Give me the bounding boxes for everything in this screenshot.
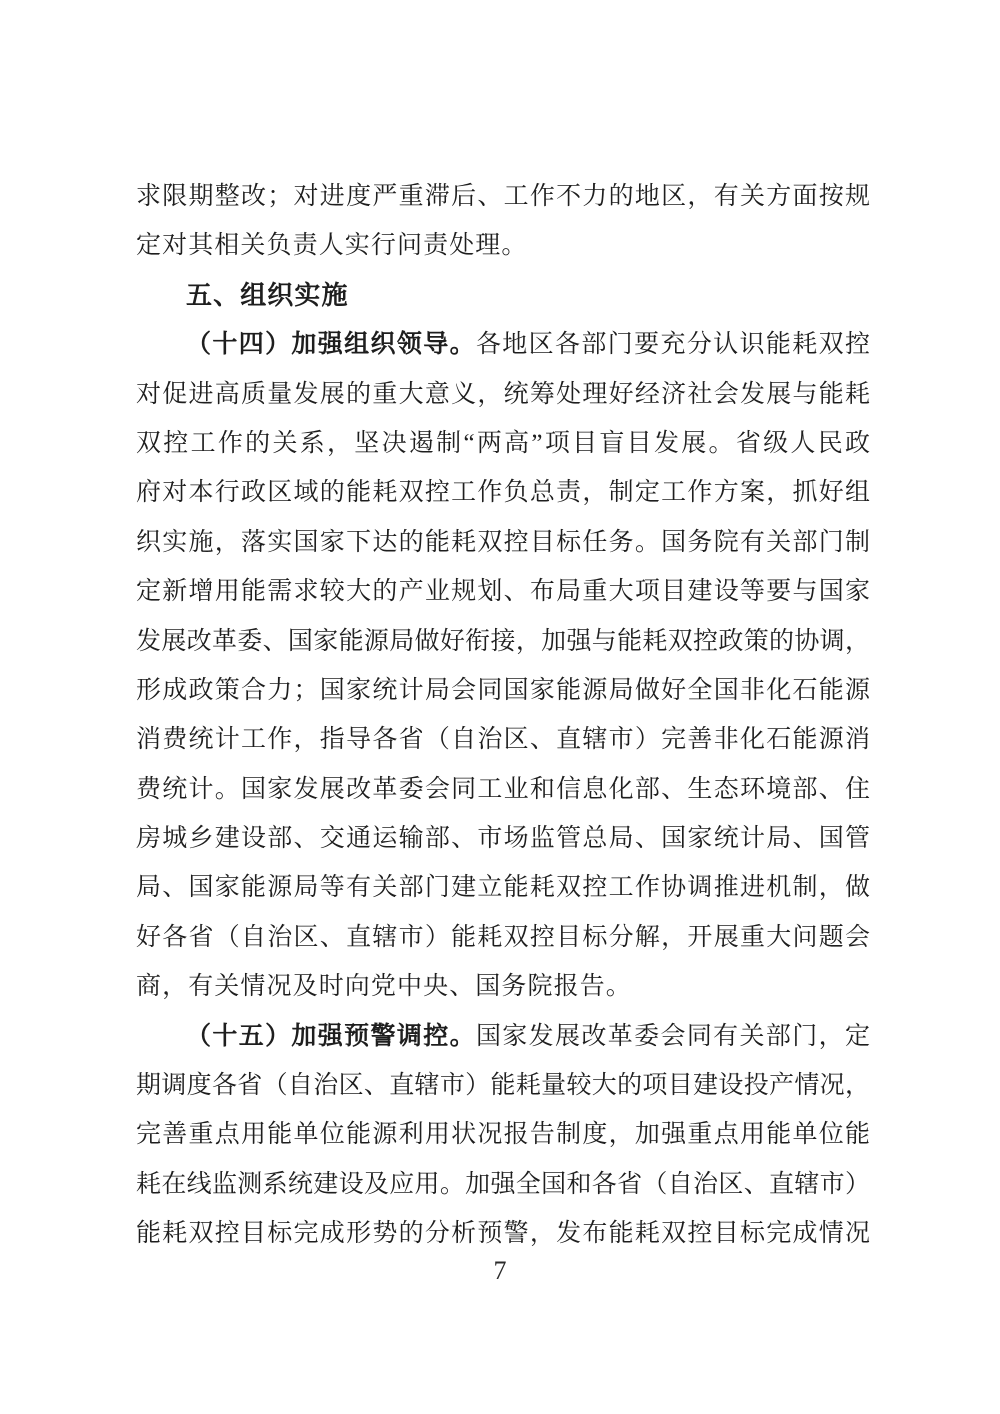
body-text: 织实施，落实国家下达的能耗双控目标任务。国务院有关部门制: [136, 529, 870, 556]
body-text: 局、国家能源局等有关部门建立能耗双控工作协调推进机制，做: [136, 874, 870, 901]
body-text: 各地区各部门要充分认识能耗双控: [476, 331, 870, 358]
document-page: 求限期整改；对进度严重滞后、工作不力的地区，有关方面按规定对其相关负责人实行问责…: [0, 0, 1000, 1414]
document-line: 定对其相关负责人实行问责处理。: [136, 221, 870, 270]
body-text: 消费统计工作，指导各省（自治区、直辖市）完善非化石能源消: [136, 726, 870, 753]
emphasis-text: （十四）加强组织领导。: [186, 331, 476, 358]
document-line: 房城乡建设部、交通运输部、市场监管总局、国家统计局、国管: [136, 814, 870, 863]
body-text: 双控工作的关系，坚决遏制“两高”项目盲目发展。省级人民政: [136, 430, 870, 457]
emphasis-text: （十五）加强预警调控。: [186, 1023, 476, 1050]
document-line: 形成政策合力；国家统计局会同国家能源局做好全国非化石能源: [136, 666, 870, 715]
document-line: 局、国家能源局等有关部门建立能耗双控工作协调推进机制，做: [136, 863, 870, 912]
document-line: 发展改革委、国家能源局做好衔接，加强与能耗双控政策的协调，: [136, 617, 870, 666]
section-heading: 五、组织实施: [136, 271, 870, 320]
document-line: 耗在线监测系统建设及应用。加强全国和各省（自治区、直辖市）: [136, 1160, 870, 1209]
body-text: 发展改革委、国家能源局做好衔接，加强与能耗双控政策的协调，: [136, 628, 870, 655]
document-line: （十五）加强预警调控。国家发展改革委会同有关部门，定: [136, 1012, 870, 1061]
body-text: 定对其相关负责人实行问责处理。: [136, 232, 528, 259]
page-number: 7: [0, 1252, 1000, 1290]
body-text: 府对本行政区域的能耗双控工作负总责，制定工作方案，抓好组: [136, 479, 870, 506]
document-line: 双控工作的关系，坚决遏制“两高”项目盲目发展。省级人民政: [136, 419, 870, 468]
body-text: 能耗双控目标完成形势的分析预警，发布能耗双控目标完成情况: [136, 1220, 870, 1247]
body-text: 国家发展改革委会同有关部门，定: [476, 1023, 870, 1050]
body-text: 完善重点用能单位能源利用状况报告制度，加强重点用能单位能: [136, 1121, 870, 1148]
body-text: 定新增用能需求较大的产业规划、布局重大项目建设等要与国家: [136, 578, 870, 605]
document-line: 织实施，落实国家下达的能耗双控目标任务。国务院有关部门制: [136, 518, 870, 567]
body-text: 费统计。国家发展改革委会同工业和信息化部、生态环境部、住: [136, 776, 870, 803]
document-line: 定新增用能需求较大的产业规划、布局重大项目建设等要与国家: [136, 567, 870, 616]
body-text: 耗在线监测系统建设及应用。加强全国和各省（自治区、直辖市）: [136, 1171, 870, 1198]
document-line: （十四）加强组织领导。各地区各部门要充分认识能耗双控: [136, 320, 870, 369]
document-line: 费统计。国家发展改革委会同工业和信息化部、生态环境部、住: [136, 765, 870, 814]
body-text: 房城乡建设部、交通运输部、市场监管总局、国家统计局、国管: [136, 825, 870, 852]
document-line: 期调度各省（自治区、直辖市）能耗量较大的项目建设投产情况，: [136, 1061, 870, 1110]
body-text: 对促进高质量发展的重大意义，统筹处理好经济社会发展与能耗: [136, 381, 870, 408]
body-text: 求限期整改；对进度严重滞后、工作不力的地区，有关方面按规: [136, 183, 870, 210]
body-text: 好各省（自治区、直辖市）能耗双控目标分解，开展重大问题会: [136, 924, 870, 951]
document-line: 完善重点用能单位能源利用状况报告制度，加强重点用能单位能: [136, 1110, 870, 1159]
body-text: 期调度各省（自治区、直辖市）能耗量较大的项目建设投产情况，: [136, 1072, 870, 1099]
document-line: 求限期整改；对进度严重滞后、工作不力的地区，有关方面按规: [136, 172, 870, 221]
document-line: 商，有关情况及时向党中央、国务院报告。: [136, 962, 870, 1011]
emphasis-text: 五、组织实施: [186, 280, 349, 310]
document-line: 好各省（自治区、直辖市）能耗双控目标分解，开展重大问题会: [136, 913, 870, 962]
text-block: 求限期整改；对进度严重滞后、工作不力的地区，有关方面按规定对其相关负责人实行问责…: [136, 172, 870, 1259]
document-line: 府对本行政区域的能耗双控工作负总责，制定工作方案，抓好组: [136, 468, 870, 517]
body-text: 形成政策合力；国家统计局会同国家能源局做好全国非化石能源: [136, 677, 870, 704]
document-line: 消费统计工作，指导各省（自治区、直辖市）完善非化石能源消: [136, 715, 870, 764]
body-text: 商，有关情况及时向党中央、国务院报告。: [136, 973, 632, 1000]
document-line: 对促进高质量发展的重大意义，统筹处理好经济社会发展与能耗: [136, 370, 870, 419]
